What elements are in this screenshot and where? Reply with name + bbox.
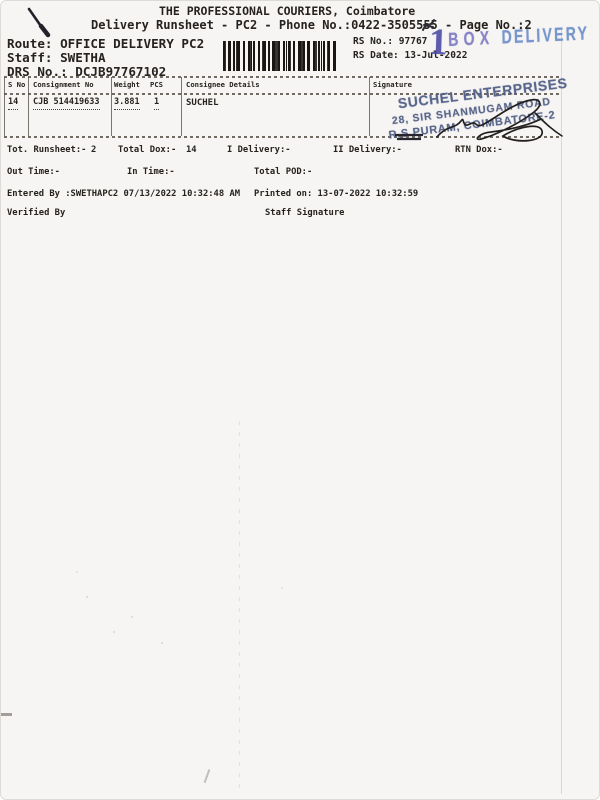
header-pcs: PCS — [150, 81, 163, 89]
header-consignee-details: Consignee Details — [186, 81, 260, 89]
out-time-label: Out Time:- — [7, 167, 60, 177]
col-line-left — [4, 77, 5, 136]
route-label: Route: — [7, 36, 53, 51]
row-s-no: 14 — [8, 98, 18, 110]
col-line-consignment — [111, 77, 112, 136]
total-dox-label: Total Dox:- — [118, 145, 176, 155]
total-pod-label: Total POD:- — [254, 167, 312, 177]
header-signature: Signature — [373, 81, 412, 89]
speck — [281, 587, 283, 589]
barcode — [223, 41, 336, 71]
speck — [161, 642, 163, 644]
box-delivery-word-delivery: DELIVERY — [501, 23, 589, 48]
rs-no-label: RS No.: — [353, 36, 393, 47]
row-weight: 3.881 — [114, 98, 140, 110]
tot-runsheet-label: Tot. Runsheet:- — [7, 145, 86, 155]
tot-runsheet-value: 2 — [91, 145, 96, 155]
entered-by-line: Entered By :SWETHAPC2 07/13/2022 10:32:4… — [7, 189, 240, 199]
col-line-consignee — [369, 77, 370, 136]
scanned-runsheet-page: THE PROFESSIONAL COURIERS, Coimbatore De… — [0, 0, 600, 800]
rs-no-line: RS No.: 97767 — [353, 37, 427, 48]
verified-by-label: Verified By — [7, 208, 65, 218]
row-pcs: 1 — [154, 98, 159, 110]
staff-label: Staff: — [7, 50, 53, 65]
pen-mark-icon — [23, 6, 53, 38]
total-dox-value: 14 — [186, 145, 197, 155]
route-value: OFFICE DELIVERY PC2 — [60, 36, 204, 51]
col-line-weight — [181, 77, 182, 136]
printed-on-line: Printed on: 13-07-2022 10:32:59 — [254, 189, 418, 199]
speck — [113, 631, 115, 633]
small-slash-mark — [204, 769, 210, 783]
staff-signature-label: Staff Signature — [265, 208, 344, 218]
divider-top — [4, 76, 559, 78]
rs-date-line: RS Date: 13-Jul-2022 — [353, 51, 467, 62]
staff-value: SWETHA — [60, 50, 106, 65]
header-consignment-no: Consignment No — [33, 81, 94, 89]
box-delivery-stamp-number: 1 — [428, 21, 448, 65]
header-s-no: S No — [8, 81, 25, 89]
row-consignee: SUCHEL — [186, 98, 219, 108]
fold-crease — [239, 421, 240, 793]
col-line-sno — [28, 77, 29, 136]
edge-mark — [1, 713, 12, 716]
page-title: THE PROFESSIONAL COURIERS, Coimbatore — [159, 5, 415, 18]
header-weight: Weight — [114, 81, 140, 89]
rs-no-value: 97767 — [399, 36, 428, 47]
rs-date-label: RS Date: — [353, 50, 399, 61]
row-consignment-no: CJB 514419633 — [33, 98, 100, 110]
speck — [131, 616, 133, 618]
in-time-label: In Time:- — [127, 167, 175, 177]
i-delivery-label: I Delivery:- — [227, 145, 291, 155]
signature-scribble — [385, 95, 580, 150]
box-delivery-word-box: BOX — [448, 28, 495, 51]
speck — [76, 571, 78, 573]
speck — [86, 596, 88, 598]
